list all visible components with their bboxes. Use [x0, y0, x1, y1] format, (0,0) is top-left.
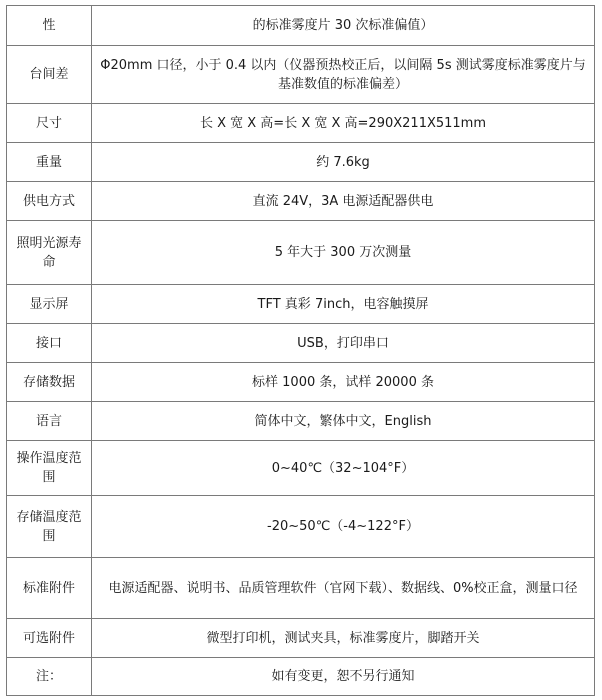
row-value: USB，打印串口: [92, 324, 595, 363]
row-label: 存储温度范围: [7, 496, 92, 558]
row-value: 如有变更，恕不另行通知: [92, 658, 595, 696]
table-row: 存储温度范围-20~50℃（-4~122°F）: [7, 496, 595, 558]
row-label: 性: [7, 6, 92, 46]
spec-table: 性的标准雾度片 30 次标准偏值）台间差Φ20mm 口径，小于 0.4 以内（仪…: [6, 5, 595, 696]
table-row: 标准附件电源适配器、说明书、品质管理软件（官网下载）、数据线、0%校正盒，测量口…: [7, 558, 595, 619]
row-label: 注：: [7, 658, 92, 696]
table-row: 存储数据标样 1000 条，试样 20000 条: [7, 363, 595, 402]
table-row: 注：如有变更，恕不另行通知: [7, 658, 595, 696]
table-row: 可选附件微型打印机，测试夹具，标准雾度片，脚踏开关: [7, 619, 595, 658]
row-label: 显示屏: [7, 285, 92, 324]
row-value: 电源适配器、说明书、品质管理软件（官网下载）、数据线、0%校正盒，测量口径: [92, 558, 595, 619]
row-value: 微型打印机，测试夹具，标准雾度片，脚踏开关: [92, 619, 595, 658]
table-row: 重量约 7.6kg: [7, 143, 595, 182]
table-row: 语言简体中文，繁体中文，English: [7, 402, 595, 441]
row-value: 的标准雾度片 30 次标准偏值）: [92, 6, 595, 46]
row-value: 约 7.6kg: [92, 143, 595, 182]
table-row: 供电方式直流 24V，3A 电源适配器供电: [7, 182, 595, 221]
table-row: 性的标准雾度片 30 次标准偏值）: [7, 6, 595, 46]
row-label: 存储数据: [7, 363, 92, 402]
row-label: 可选附件: [7, 619, 92, 658]
row-value: 标样 1000 条，试样 20000 条: [92, 363, 595, 402]
table-row: 接口USB，打印串口: [7, 324, 595, 363]
table-row: 照明光源寿命5 年大于 300 万次测量: [7, 221, 595, 285]
row-value: 5 年大于 300 万次测量: [92, 221, 595, 285]
row-value: 简体中文，繁体中文，English: [92, 402, 595, 441]
row-label: 接口: [7, 324, 92, 363]
row-label: 语言: [7, 402, 92, 441]
row-value: -20~50℃（-4~122°F）: [92, 496, 595, 558]
row-value: 长 X 宽 X 高=长 X 宽 X 高=290X211X511mm: [92, 104, 595, 143]
row-value: TFT 真彩 7inch，电容触摸屏: [92, 285, 595, 324]
row-value: 直流 24V，3A 电源适配器供电: [92, 182, 595, 221]
row-label: 标准附件: [7, 558, 92, 619]
row-label: 台间差: [7, 46, 92, 104]
row-label: 尺寸: [7, 104, 92, 143]
row-label: 重量: [7, 143, 92, 182]
row-label: 供电方式: [7, 182, 92, 221]
row-value: 0~40℃（32~104°F）: [92, 441, 595, 496]
table-row: 尺寸长 X 宽 X 高=长 X 宽 X 高=290X211X511mm: [7, 104, 595, 143]
table-row: 显示屏TFT 真彩 7inch，电容触摸屏: [7, 285, 595, 324]
table-row: 台间差Φ20mm 口径，小于 0.4 以内（仪器预热校正后，以间隔 5s 测试雾…: [7, 46, 595, 104]
row-label: 照明光源寿命: [7, 221, 92, 285]
table-row: 操作温度范围0~40℃（32~104°F）: [7, 441, 595, 496]
row-value: Φ20mm 口径，小于 0.4 以内（仪器预热校正后，以间隔 5s 测试雾度标准…: [92, 46, 595, 104]
row-label: 操作温度范围: [7, 441, 92, 496]
